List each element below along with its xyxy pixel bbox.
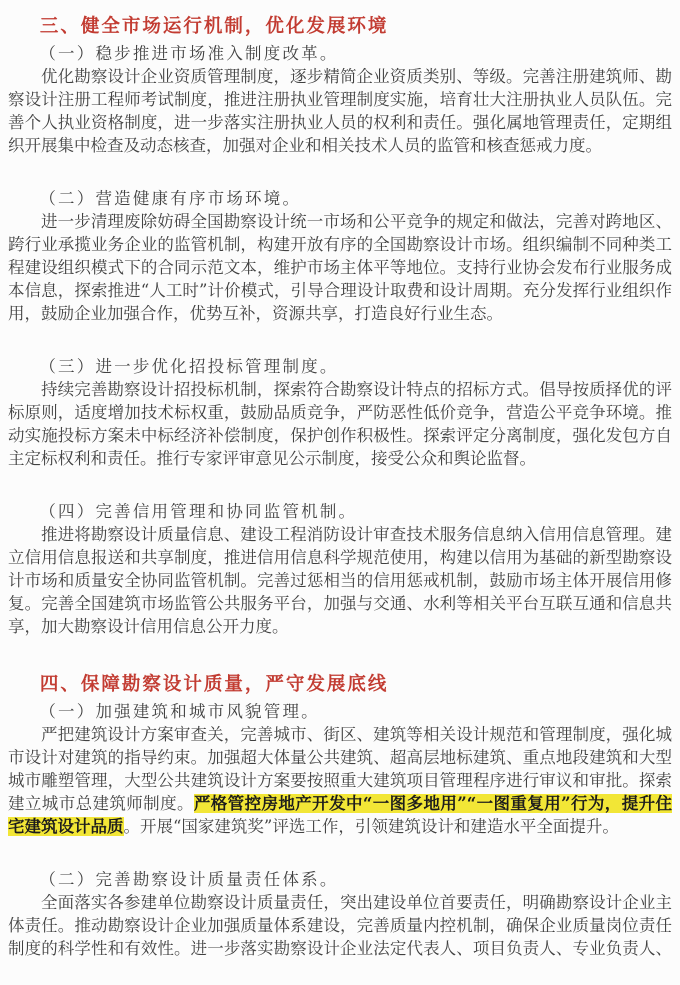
chapter-title: 三、健全市场运行机制，优化发展环境 xyxy=(8,14,672,39)
text-segment: 优化勘察设计企业资质管理制度，逐步精简企业资质类别、等级。完善注册建筑师、勘察设… xyxy=(8,67,672,155)
section: （一）加强建筑和城市风貌管理。严把建筑设计方案审查关，完善城市、街区、建筑等相关… xyxy=(8,700,672,838)
paragraph: 推进将勘察设计质量信息、建设工程消防设计审查技术服务信息纳入信用信息管理。建立信… xyxy=(8,523,672,638)
document-body: 三、健全市场运行机制，优化发展环境（一）稳步推进市场准入制度改革。优化勘察设计企… xyxy=(8,14,672,960)
chapter: 三、健全市场运行机制，优化发展环境（一）稳步推进市场准入制度改革。优化勘察设计企… xyxy=(8,14,672,638)
section-heading: （四）完善信用管理和协同监管机制。 xyxy=(8,500,672,523)
section-heading: （一）稳步推进市场准入制度改革。 xyxy=(8,42,672,65)
document-page: 三、健全市场运行机制，优化发展环境（一）稳步推进市场准入制度改革。优化勘察设计企… xyxy=(0,0,680,985)
text-segment: 全面落实各参建单位勘察设计质量责任，突出建设单位首要责任，明确勘察设计企业主体责… xyxy=(8,893,672,960)
text-segment: 。开展“国家建筑奖”评选工作，引领建筑设计和建造水平全面提升。 xyxy=(124,817,619,836)
section-heading: （二）营造健康有序市场环境。 xyxy=(8,187,672,210)
chapter-title: 四、保障勘察设计质量，严守发展底线 xyxy=(8,672,672,697)
chapter: 四、保障勘察设计质量，严守发展底线（一）加强建筑和城市风貌管理。严把建筑设计方案… xyxy=(8,672,672,960)
section: （一）稳步推进市场准入制度改革。优化勘察设计企业资质管理制度，逐步精简企业资质类… xyxy=(8,42,672,157)
section-heading: （三）进一步优化招投标管理制度。 xyxy=(8,355,672,378)
section-heading: （一）加强建筑和城市风貌管理。 xyxy=(8,700,672,723)
section: （四）完善信用管理和协同监管机制。推进将勘察设计质量信息、建设工程消防设计审查技… xyxy=(8,500,672,638)
section: （二）营造健康有序市场环境。进一步清理废除妨碍全国勘察设计统一市场和公平竞争的规… xyxy=(8,187,672,325)
section: （三）进一步优化招投标管理制度。持续完善勘察设计招投标机制，探索符合勘察设计特点… xyxy=(8,355,672,470)
paragraph: 优化勘察设计企业资质管理制度，逐步精简企业资质类别、等级。完善注册建筑师、勘察设… xyxy=(8,65,672,157)
paragraph: 严把建筑设计方案审查关，完善城市、街区、建筑等相关设计规范和管理制度，强化城市设… xyxy=(8,723,672,838)
text-segment: 进一步清理废除妨碍全国勘察设计统一市场和公平竞争的规定和做法，完善对跨地区、跨行… xyxy=(8,212,672,323)
paragraph: 持续完善勘察设计招投标机制，探索符合勘察设计特点的招标方式。倡导按质择优的评标原… xyxy=(8,378,672,470)
paragraph: 进一步清理废除妨碍全国勘察设计统一市场和公平竞争的规定和做法，完善对跨地区、跨行… xyxy=(8,210,672,325)
text-segment: 持续完善勘察设计招投标机制，探索符合勘察设计特点的招标方式。倡导按质择优的评标原… xyxy=(8,380,672,468)
text-segment: 推进将勘察设计质量信息、建设工程消防设计审查技术服务信息纳入信用信息管理。建立信… xyxy=(8,525,672,636)
section-heading: （二）完善勘察设计质量责任体系。 xyxy=(8,868,672,891)
section: （二）完善勘察设计质量责任体系。全面落实各参建单位勘察设计质量责任，突出建设单位… xyxy=(8,868,672,960)
paragraph: 全面落实各参建单位勘察设计质量责任，突出建设单位首要责任，明确勘察设计企业主体责… xyxy=(8,891,672,960)
